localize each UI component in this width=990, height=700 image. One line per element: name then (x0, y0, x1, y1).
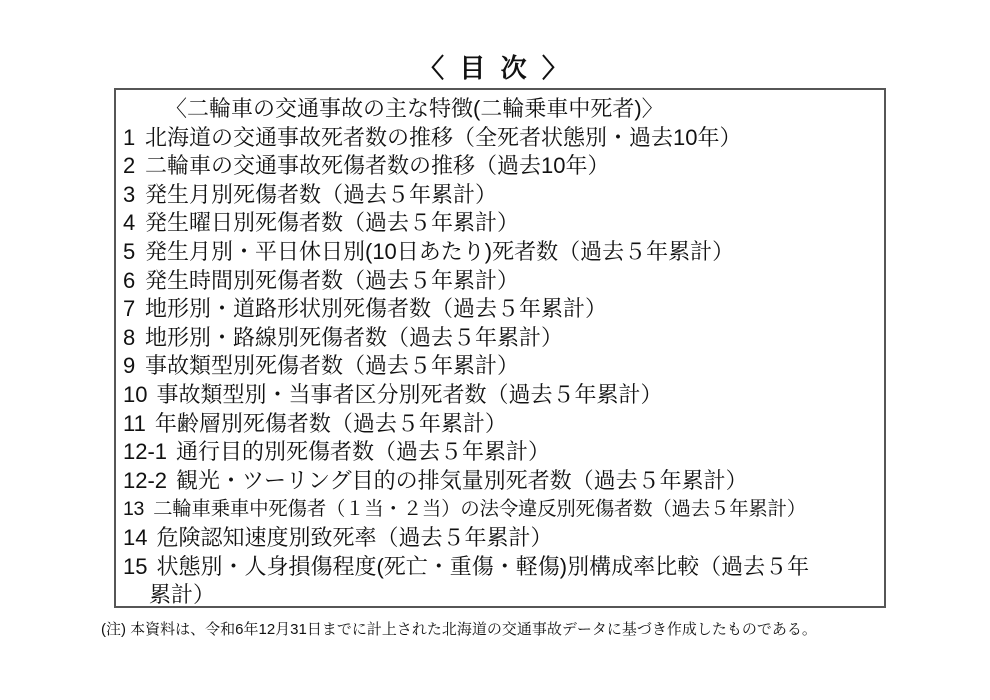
toc-item-title: 年齢層別死傷者数（過去５年累計） (155, 411, 507, 436)
toc-item-number: 10 (123, 381, 147, 410)
toc-item-10: 10事故類型別・当事者区分別死者数（過去５年累計） (123, 381, 879, 410)
toc-item-5: 5発生月別・平日休日別(10日あたり)死者数（過去５年累計） (123, 238, 879, 267)
toc-item-number: 13 (123, 495, 144, 524)
toc-item-title: 危険認知速度別致死率（過去５年累計） (156, 525, 552, 550)
document-page: { "page": { "title": "〈 目 次 〉", "note": … (0, 0, 990, 700)
toc-item-1: 1北海道の交通事故死者数の推移（全死者状態別・過去10年） (123, 124, 879, 153)
toc-item-title: 二輪車の交通事故死傷者数の推移（過去10年） (145, 153, 609, 178)
toc-item-7: 7地形別・道路形状別死傷者数（過去５年累計） (123, 295, 879, 324)
toc-item-number: 8 (123, 324, 136, 353)
toc-item-4: 4発生曜日別死傷者数（過去５年累計） (123, 209, 879, 238)
toc-item-2: 2二輪車の交通事故死傷者数の推移（過去10年） (123, 152, 879, 181)
toc-item-title: 発生月別・平日休日別(10日あたり)死者数（過去５年累計） (145, 239, 734, 264)
toc-item-number: 11 (123, 410, 146, 439)
page-title: 〈 目 次 〉 (0, 48, 990, 85)
toc-box: 〈二輪車の交通事故の主な特徴(二輪乗車中死者)〉 1北海道の交通事故死者数の推移… (114, 88, 886, 608)
toc-item-6: 6発生時間別死傷者数（過去５年累計） (123, 267, 879, 296)
toc-item-number: 5 (123, 238, 136, 267)
toc-item-title: 事故類型別・当事者区分別死者数（過去５年累計） (156, 382, 662, 407)
toc-item-title: 北海道の交通事故死者数の推移（全死者状態別・過去10年） (145, 125, 741, 150)
toc-item-title: 事故類型別死傷者数（過去５年累計） (145, 353, 519, 378)
toc-item-number: 7 (123, 295, 136, 324)
toc-heading: 〈二輪車の交通事故の主な特徴(二輪乗車中死者)〉 (123, 95, 879, 124)
toc-item-number: 6 (123, 267, 136, 296)
footnote: (注) 本資料は、令和6年12月31日までに計上された北海道の交通事故データに基… (101, 620, 817, 640)
toc-item-title: 二輪車乗車中死傷者（１当・２当）の法令違反別死傷者数（過去５年累計） (153, 498, 806, 520)
toc-item-title: 地形別・路線別死傷者数（過去５年累計） (145, 325, 563, 350)
toc-item-title: 地形別・道路形状別死傷者数（過去５年累計） (145, 296, 607, 321)
toc-item-number: 1 (123, 124, 136, 153)
toc-item-11: 11年齢層別死傷者数（過去５年累計） (123, 410, 879, 439)
toc-item-12-1: 12-1通行目的別死傷者数（過去５年累計） (123, 438, 879, 467)
toc-item-title-continued: 累計） (149, 582, 215, 607)
toc-item-number: 2 (123, 152, 136, 181)
toc-item-number: 14 (123, 524, 147, 553)
toc-item-number: 4 (123, 209, 136, 238)
toc-item-12-2: 12-2観光・ツーリング目的の排気量別死者数（過去５年累計） (123, 467, 879, 496)
toc-item-15: 15状態別・人身損傷程度(死亡・重傷・軽傷)別構成率比較（過去５年 累計） (123, 553, 879, 610)
toc-item-number: 3 (123, 181, 136, 210)
toc-item-title: 発生時間別死傷者数（過去５年累計） (145, 268, 519, 293)
toc-item-14: 14危険認知速度別致死率（過去５年累計） (123, 524, 879, 553)
toc-item-number: 9 (123, 352, 136, 381)
toc-item-8: 8地形別・路線別死傷者数（過去５年累計） (123, 324, 879, 353)
toc-item-title: 状態別・人身損傷程度(死亡・重傷・軽傷)別構成率比較（過去５年 (156, 554, 809, 579)
toc-item-title: 観光・ツーリング目的の排気量別死者数（過去５年累計） (176, 468, 748, 493)
toc-item-9: 9事故類型別死傷者数（過去５年累計） (123, 352, 879, 381)
toc-item-3: 3発生月別死傷者数（過去５年累計） (123, 181, 879, 210)
toc-item-number: 12-1 (123, 438, 167, 467)
toc-item-number: 15 (123, 553, 147, 582)
toc-item-number: 12-2 (123, 467, 167, 496)
toc-item-13: 13二輪車乗車中死傷者（１当・２当）の法令違反別死傷者数（過去５年累計） (123, 495, 879, 524)
toc-item-title: 発生曜日別死傷者数（過去５年累計） (145, 210, 519, 235)
toc-item-title: 発生月別死傷者数（過去５年累計） (145, 182, 497, 207)
toc-item-title: 通行目的別死傷者数（過去５年累計） (176, 439, 550, 464)
